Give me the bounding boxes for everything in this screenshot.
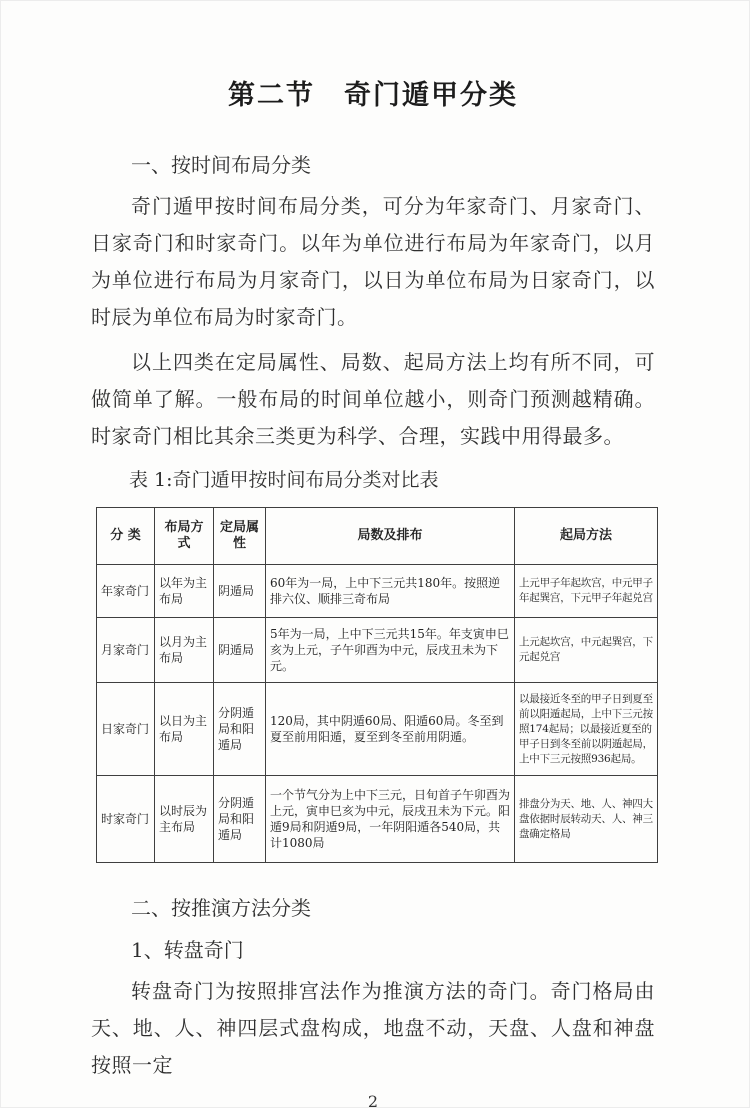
document-page: 第二节 奇门遁甲分类 一、按时间布局分类 奇门遁甲按时间布局分类，可分为年家奇门… [0,0,750,1108]
table-cell: 以最接近冬至的甲子日到夏至前以阳遁起局，上中下三元按照174起局；以最接近夏至的… [515,683,658,776]
paragraph-method: 转盘奇门为按照排宫法作为推演方法的奇门。奇门格局由天、地、人、神四层式盘构成，地… [91,973,655,1084]
table-header-fixed-attr: 定局属性 [214,508,266,565]
table-header-ju-arrangement: 局数及排布 [266,508,515,565]
table-header-row: 分 类 布局方式 定局属性 局数及排布 起局方法 [97,508,658,565]
table-cell: 120局，其中阴遁60局、阳遁60局。冬至到夏至前用阳遁，夏至到冬至前用阴遁。 [266,683,515,776]
table-cell: 年家奇门 [97,565,155,618]
table-cell: 上元起坎宫，中元起巽宫，下元起兑宫 [515,618,658,683]
table-cell: 一个节气分为上中下三元，日旬首子午卯酉为上元，寅申巳亥为中元，辰戌丑未为下元。阳… [266,776,515,863]
table-cell: 日家奇门 [97,683,155,776]
table-header-start-method: 起局方法 [515,508,658,565]
table-cell: 以年为主布局 [155,565,214,618]
paragraph-time-2: 以上四类在定局属性、局数、起局方法上均有所不同，可做简单了解。一般布局的时间单位… [91,344,655,455]
table-cell: 时家奇门 [97,776,155,863]
table-cell: 60年为一局，上中下三元共180年。按照逆排六仪、顺排三奇布局 [266,565,515,618]
table-cell: 阴遁局 [214,618,266,683]
comparison-table: 分 类 布局方式 定局属性 局数及排布 起局方法 年家奇门 以年为主布局 阴遁局… [96,507,658,863]
table-header-layout-basis: 布局方式 [155,508,214,565]
table-header-category: 分 类 [97,508,155,565]
table-cell: 以时辰为主布局 [155,776,214,863]
table-cell: 阴遁局 [214,565,266,618]
table-cell: 月家奇门 [97,618,155,683]
table-cell: 5年为一局，上中下三元共15年。年支寅申巳亥为上元，子午卯酉为中元，辰戌丑未为下… [266,618,515,683]
table-cell: 以日为主布局 [155,683,214,776]
paragraph-time-1: 奇门遁甲按时间布局分类，可分为年家奇门、月家奇门、日家奇门和时家奇门。以年为单位… [91,188,655,336]
page-number: 2 [91,1092,655,1108]
section-heading-method: 二、按推演方法分类 [91,889,655,927]
table-cell: 排盘分为天、地、人、神四大盘依据时辰转动天、人、神三盘确定格局 [515,776,658,863]
table-cell: 分阴遁局和阳遁局 [214,683,266,776]
table-row: 日家奇门 以日为主布局 分阴遁局和阳遁局 120局，其中阴遁60局、阳遁60局。… [97,683,658,776]
page-title: 第二节 奇门遁甲分类 [91,73,655,112]
subsection-heading-rotating: 1、转盘奇门 [91,931,655,969]
table-caption: 表 1:奇门遁甲按时间布局分类对比表 [91,463,655,497]
table-row: 年家奇门 以年为主布局 阴遁局 60年为一局，上中下三元共180年。按照逆排六仪… [97,565,658,618]
table-cell: 以月为主布局 [155,618,214,683]
section-heading-time: 一、按时间布局分类 [91,146,655,184]
table-cell: 分阴遁局和阳遁局 [214,776,266,863]
table-row: 时家奇门 以时辰为主布局 分阴遁局和阳遁局 一个节气分为上中下三元，日旬首子午卯… [97,776,658,863]
table-cell: 上元甲子年起坎宫，中元甲子年起巽宫，下元甲子年起兑宫 [515,565,658,618]
table-row: 月家奇门 以月为主布局 阴遁局 5年为一局，上中下三元共15年。年支寅申巳亥为上… [97,618,658,683]
